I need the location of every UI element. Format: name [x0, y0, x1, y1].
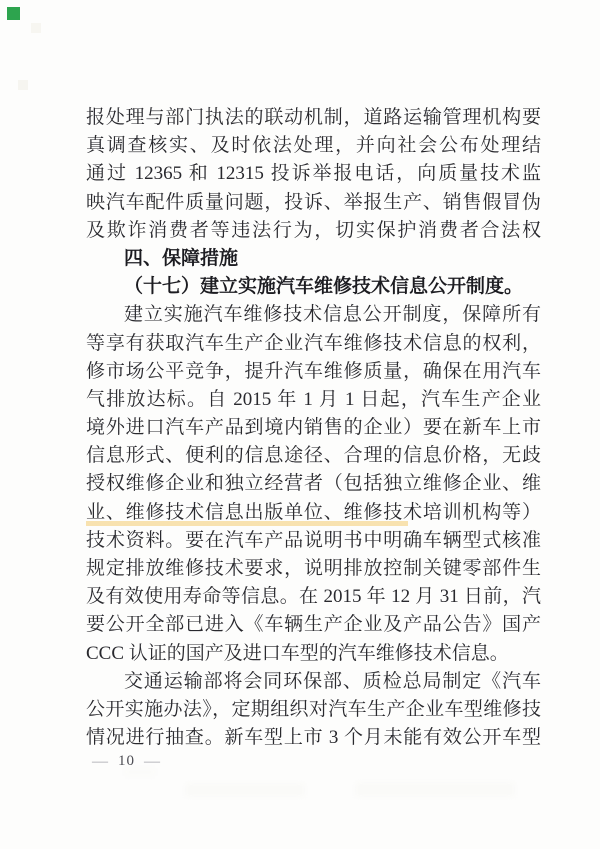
text-line-content: 真调查核实、及时依法处理，并向社会公布处理结果。消费者也可	[86, 135, 541, 160]
text-line: 报处理与部门执法的联动机制，道路运输管理机构要依据线索认	[86, 104, 541, 132]
text-line-content: 映汽车配件质量问题，投诉、举报生产、销售假冒伪劣汽车配件以	[86, 192, 541, 217]
text-line: 技术资料。要在汽车产品说明书中明确车辆型式核准证书信息，	[86, 527, 541, 555]
text-line: 建立实施汽车维修技术信息公开制度，保障所有维修企业平	[86, 301, 541, 329]
text-line-content: 等享有获取汽车生产企业汽车维修技术信息的权利，促进汽车维	[86, 333, 541, 358]
scan-artifact	[18, 80, 28, 90]
text-line-content: 修市场公平竞争，提升汽车维修质量，确保在用汽车行车安全和尾	[86, 361, 541, 386]
text-line: 境外进口汽车产品到境内销售的企业）要在新车上市时，以可用的	[86, 414, 541, 442]
text-line: 交通运输部将会同环保部、质检总局制定《汽车维修技术信息	[86, 668, 541, 696]
text-line-content: 业、维修技术信息出版单位、维修技术培训机构等）公开汽车维修	[86, 502, 541, 527]
footer-dash-right: —	[144, 753, 161, 770]
text-line: 等享有获取汽车生产企业汽车维修技术信息的权利，促进汽车维	[86, 330, 541, 358]
page-bleed-through	[355, 782, 515, 797]
text-line-content: （十七）建立实施汽车维修技术信息公开制度。	[124, 276, 523, 297]
text-line: 修市场公平竞争，提升汽车维修质量，确保在用汽车行车安全和尾	[86, 358, 541, 386]
text-line-content: 及有效使用寿命等信息。在 2015 年 12 月 31 日前，汽车生产企业	[86, 586, 541, 611]
text-line: 及欺诈消费者等违法行为，切实保护消费者合法权益。	[86, 217, 541, 245]
text-line-content: 境外进口汽车产品到境内销售的企业）要在新车上市时，以可用的	[86, 417, 541, 442]
text-line: 信息形式、便利的信息途径、合理的信息价格，无歧视、无延迟地向	[86, 442, 541, 470]
text-line-content: 气排放达标。自 2015 年 1 月 1 日起，汽车生产企业（包括从中国	[86, 389, 541, 414]
text-line: 要公开全部已进入《车辆生产企业及产品公告》国产车型以及已获	[86, 611, 541, 639]
text-line-content: 授权维修企业和独立经营者（包括独立维修企业、维修设备制造企	[86, 473, 541, 498]
scanned-document-page: 报处理与部门执法的联动机制，道路运输管理机构要依据线索认真调查核实、及时依法处理…	[0, 0, 600, 849]
footer-page-number: 10	[118, 753, 135, 770]
document-text-block: 报处理与部门执法的联动机制，道路运输管理机构要依据线索认真调查核实、及时依法处理…	[86, 104, 541, 752]
page-number: — 10 —	[92, 753, 161, 770]
footer-dash-left: —	[92, 753, 109, 770]
text-line: 授权维修企业和独立经营者（包括独立维修企业、维修设备制造企	[86, 470, 541, 498]
green-corner-mark	[7, 7, 20, 20]
scan-artifact	[31, 23, 41, 33]
text-line: 公开实施办法》，定期组织对汽车生产企业车型维修技术信息公开	[86, 696, 541, 724]
text-line: CCC 认证的国产及进口车型的汽车维修技术信息。	[86, 640, 541, 668]
text-line-content: 技术资料。要在汽车产品说明书中明确车辆型式核准证书信息，	[86, 530, 541, 555]
text-line: 通过 12365 和 12315 投诉举报电话，向质量技术监督、工商部门反	[86, 160, 541, 188]
text-line: 情况进行抽查。新车型上市 3 个月未能有效公开车型维修技术信	[86, 724, 541, 752]
text-line-content: 信息形式、便利的信息途径、合理的信息价格，无歧视、无延迟地向	[86, 445, 541, 470]
text-line: 及有效使用寿命等信息。在 2015 年 12 月 31 日前，汽车生产企业	[86, 583, 541, 611]
text-line: 映汽车配件质量问题，投诉、举报生产、销售假冒伪劣汽车配件以	[86, 189, 541, 217]
text-line-content: 四、保障措施	[124, 248, 238, 269]
text-line-content: 报处理与部门执法的联动机制，道路运输管理机构要依据线索认	[86, 107, 541, 132]
page-bleed-through	[185, 783, 305, 797]
text-line: 气排放达标。自 2015 年 1 月 1 日起，汽车生产企业（包括从中国	[86, 386, 541, 414]
text-line-content: 通过 12365 和 12315 投诉举报电话，向质量技术监督、工商部门反	[86, 163, 541, 188]
text-line: 真调查核实、及时依法处理，并向社会公布处理结果。消费者也可	[86, 132, 541, 160]
text-line-content: 规定排放维修技术要求，说明排放控制关键零部件生产厂家、型号	[86, 558, 541, 583]
text-line-content: CCC 认证的国产及进口车型的汽车维修技术信息。	[86, 643, 509, 664]
text-line-content: 及欺诈消费者等违法行为，切实保护消费者合法权益。	[86, 220, 541, 245]
text-line: 四、保障措施	[86, 245, 541, 273]
text-line-content: 要公开全部已进入《车辆生产企业及产品公告》国产车型以及已获	[86, 614, 541, 639]
text-line: （十七）建立实施汽车维修技术信息公开制度。	[86, 273, 541, 301]
text-line-content: 情况进行抽查。新车型上市 3 个月未能有效公开车型维修技术信	[86, 727, 541, 752]
text-line-content: 交通运输部将会同环保部、质检总局制定《汽车维修技术信息	[86, 671, 541, 696]
text-line-content: 公开实施办法》，定期组织对汽车生产企业车型维修技术信息公开	[86, 699, 541, 724]
text-line: 规定排放维修技术要求，说明排放控制关键零部件生产厂家、型号	[86, 555, 541, 583]
text-line-content: 建立实施汽车维修技术信息公开制度，保障所有维修企业平	[86, 304, 541, 329]
text-line: 业、维修技术信息出版单位、维修技术培训机构等）公开汽车维修	[86, 499, 541, 527]
